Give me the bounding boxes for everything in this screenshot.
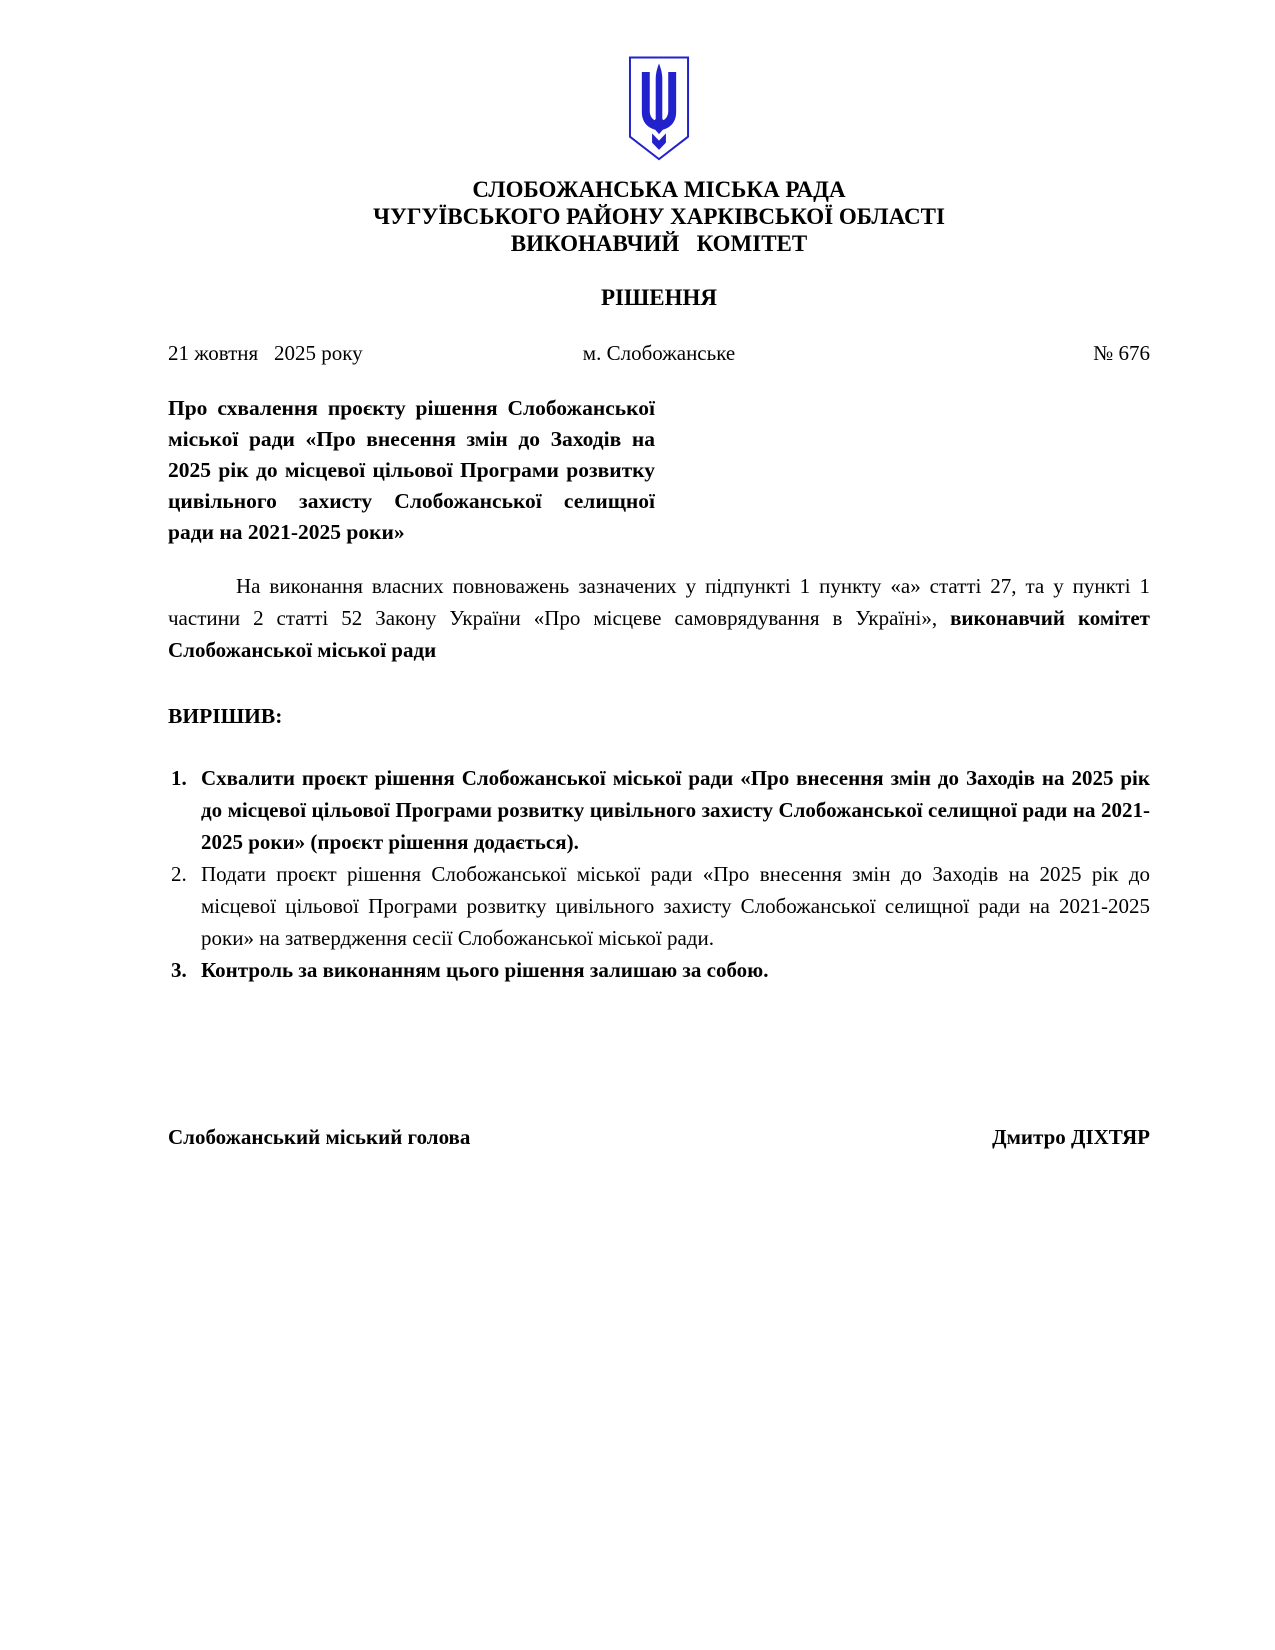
org-name-line1: СЛОБОЖАНСЬКА МІСЬКА РАДА bbox=[168, 176, 1150, 203]
org-name-line2: ЧУГУЇВСЬКОГО РАЙОНУ ХАРКІВСЬКОЇ ОБЛАСТІ bbox=[168, 203, 1150, 230]
resolution-heading: ВИРІШИВ: bbox=[168, 703, 1150, 729]
resolution-item: 2.Подати проєкт рішення Слобожанської мі… bbox=[168, 858, 1150, 954]
signatory-title: Слобожанський міський голова bbox=[168, 1124, 470, 1150]
document-date: 21 жовтня 2025 року bbox=[168, 340, 583, 366]
document-meta-row: 21 жовтня 2025 року м. Слобожанське № 67… bbox=[168, 340, 1150, 366]
org-name-line3: ВИКОНАВЧИЙ КОМІТЕТ bbox=[168, 230, 1150, 257]
item-number: 3. bbox=[171, 954, 187, 986]
item-text: Контроль за виконанням цього рішення зал… bbox=[201, 958, 768, 982]
resolution-item: 3.Контроль за виконанням цього рішення з… bbox=[168, 954, 1150, 986]
preamble-paragraph: На виконання власних повноважень зазначе… bbox=[168, 570, 1150, 666]
subject-paragraph: Про схвалення проєкту рішення Слобожансь… bbox=[168, 393, 655, 548]
document-type-title: РІШЕННЯ bbox=[168, 284, 1150, 311]
item-text: Схвалити проєкт рішення Слобожанської мі… bbox=[201, 766, 1150, 854]
emblem-container bbox=[168, 55, 1150, 168]
item-number: 2. bbox=[171, 858, 187, 890]
item-number: 1. bbox=[171, 762, 187, 794]
tryzub-coat-of-arms-icon bbox=[626, 55, 692, 163]
document-number: № 676 bbox=[735, 340, 1150, 366]
document-page: СЛОБОЖАНСЬКА МІСЬКА РАДА ЧУГУЇВСЬКОГО РА… bbox=[0, 0, 1275, 1650]
organization-header: СЛОБОЖАНСЬКА МІСЬКА РАДА ЧУГУЇВСЬКОГО РА… bbox=[168, 176, 1150, 257]
signatory-name: Дмитро ДІХТЯР bbox=[992, 1124, 1150, 1150]
item-text: Подати проєкт рішення Слобожанської місь… bbox=[201, 862, 1150, 950]
resolution-list: 1.Схвалити проєкт рішення Слобожанської … bbox=[168, 762, 1150, 986]
resolution-item: 1.Схвалити проєкт рішення Слобожанської … bbox=[168, 762, 1150, 858]
signature-row: Слобожанський міський голова Дмитро ДІХТ… bbox=[168, 1124, 1150, 1150]
document-place: м. Слобожанське bbox=[583, 340, 735, 366]
